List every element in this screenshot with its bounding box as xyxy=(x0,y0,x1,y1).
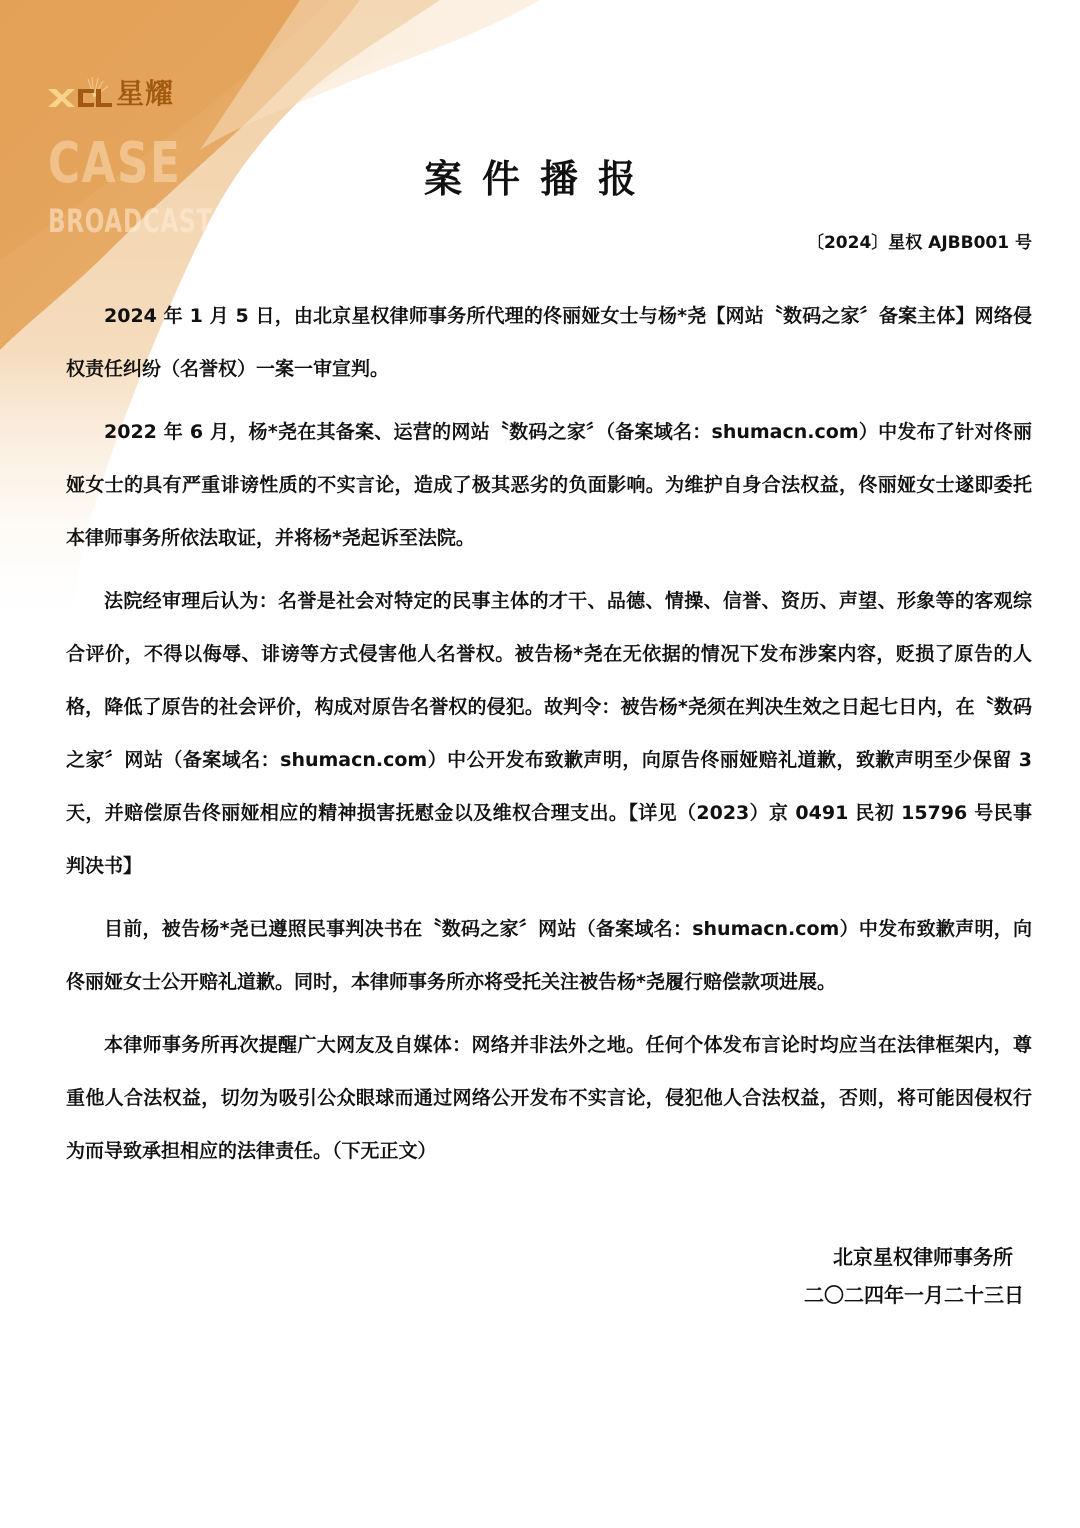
paragraph-court-ruling: 法院经审理后认为：名誉是社会对特定的民事主体的才干、品德、情操、信誉、资历、声望… xyxy=(66,575,1032,893)
signature-date: 二〇二四年一月二十三日 xyxy=(804,1276,1024,1314)
paragraph-background: 2022 年 6 月，杨*尧在其备案、运营的网站〝数码之家〞（备案域名：shum… xyxy=(66,406,1032,565)
paragraph-reminder: 本律师事务所再次提醒广大网友及自媒体：网络并非法外之地。任何个体发布言论时均应当… xyxy=(66,1019,1032,1178)
case-watermark-subtitle: BROADCAST xyxy=(48,205,213,237)
signature-organization: 北京星权律师事务所 xyxy=(804,1238,1024,1276)
logo-mark-icon xyxy=(48,77,112,107)
firm-logo: 星耀 xyxy=(48,74,174,110)
paragraph-verdict-announcement: 2024 年 1 月 5 日，由北京星权律师事务所代理的佟丽娅女士与杨*尧【网站… xyxy=(66,290,1032,396)
logo-chinese-name: 星耀 xyxy=(116,72,174,112)
signature-block: 北京星权律师事务所 二〇二四年一月二十三日 xyxy=(804,1238,1024,1314)
paragraph-current-status: 目前，被告杨*尧已遵照民事判决书在〝数码之家〞网站（备案域名：shumacn.c… xyxy=(66,903,1032,1009)
document-title: 案件播报 xyxy=(0,148,1080,203)
document-number: 〔2024〕星权 AJBB001 号 xyxy=(807,228,1032,253)
document-body: 2024 年 1 月 5 日，由北京星权律师事务所代理的佟丽娅女士与杨*尧【网站… xyxy=(66,290,1032,1188)
